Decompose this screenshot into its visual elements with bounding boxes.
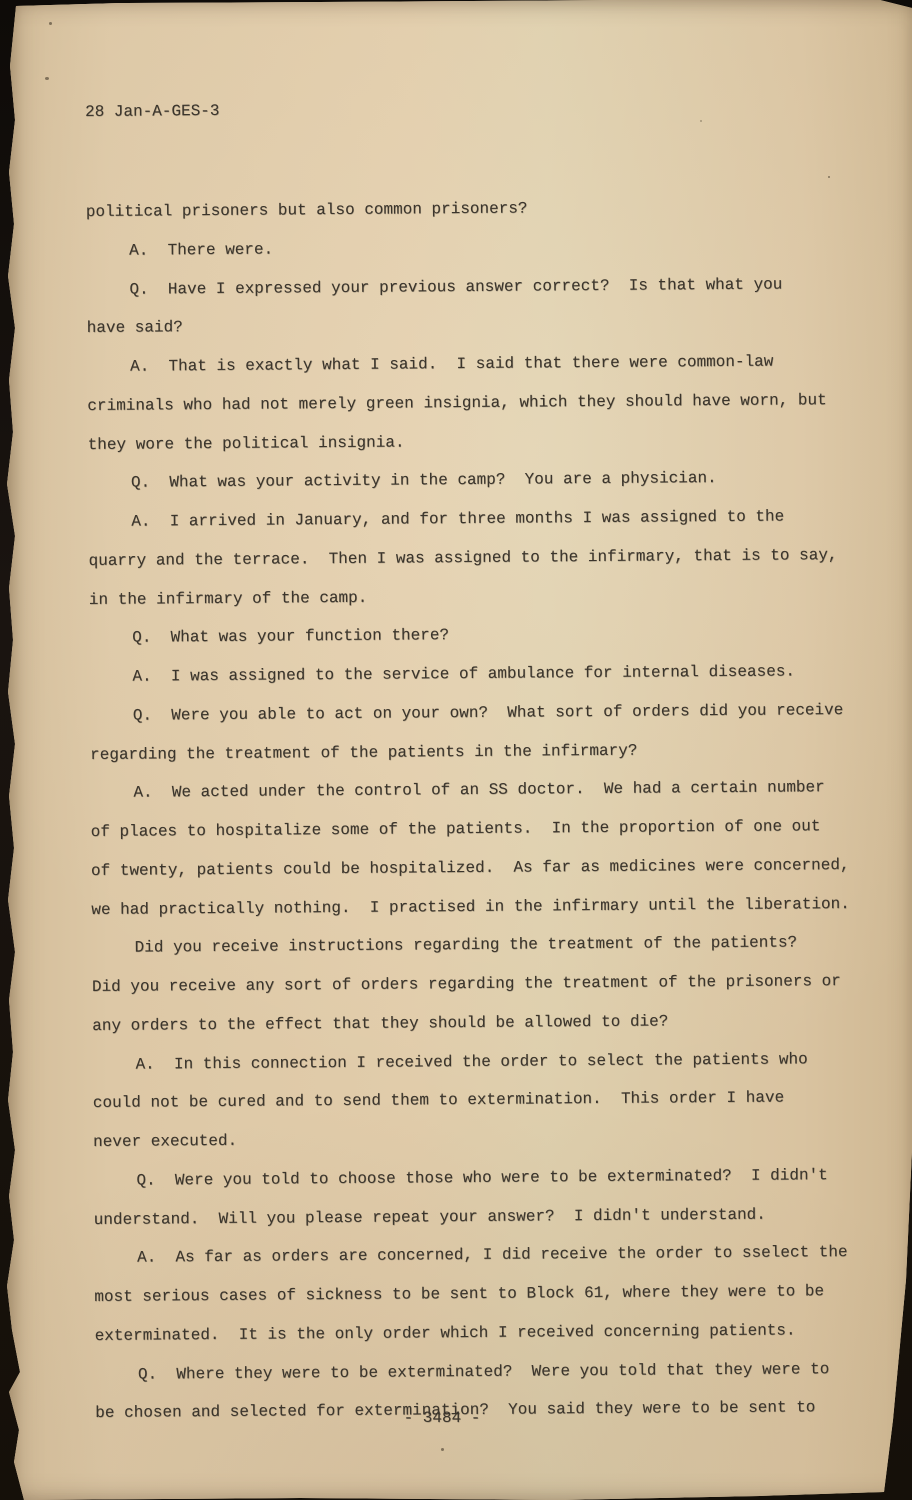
transcript-line: Q. Were you told to choose those who wer… xyxy=(93,1155,893,1200)
transcript-line: criminals who had not merely green insig… xyxy=(87,380,887,425)
transcript-line: Q. What was your activity in the camp? Y… xyxy=(88,458,888,503)
transcript-line: understand. Will you please repeat your … xyxy=(94,1194,894,1239)
transcript-lines: political prisoners but also common pris… xyxy=(86,187,896,1433)
page-header: 28 Jan-A-GES-3 xyxy=(85,98,885,120)
transcript-line: A. In this connection I received the ord… xyxy=(92,1039,892,1084)
transcript-line: in the infirmary of the camp. xyxy=(89,574,889,619)
transcript-line: exterminated. It is the only order which… xyxy=(95,1310,895,1355)
transcript-line: never executed. xyxy=(93,1117,893,1162)
transcript-line: most serious cases of sickness to be sen… xyxy=(94,1272,894,1317)
page-number: - 3484 - xyxy=(0,1404,884,1432)
transcript-line: of places to hospitalize some of the pat… xyxy=(91,807,891,852)
transcript-line: A. We acted under the control of an SS d… xyxy=(90,768,890,813)
document-page: 28 Jan-A-GES-3 political prisoners but a… xyxy=(0,0,912,1500)
transcript-line: A. That is exactly what I said. I said t… xyxy=(87,342,887,387)
transcript-line: regarding the treatment of the patients … xyxy=(90,729,890,774)
transcript-line: Q. What was your function there? xyxy=(89,613,889,658)
transcript-line: A. I was assigned to the service of ambu… xyxy=(89,652,889,697)
transcript-line: political prisoners but also common pris… xyxy=(86,187,886,232)
transcript-line: could not be cured and to send them to e… xyxy=(93,1078,893,1123)
transcript-line: Q. Were you able to act on your own? Wha… xyxy=(90,690,890,735)
paper-speck xyxy=(441,1448,444,1451)
transcript-line: Did you receive instructions regarding t… xyxy=(91,923,891,968)
transcript-line: A. I arrived in January, and for three m… xyxy=(88,497,888,542)
transcript-line: have said? xyxy=(87,303,887,348)
transcript-line: any orders to the effect that they shoul… xyxy=(92,1000,892,1045)
transcript-line: of twenty, patients could be hospitalize… xyxy=(91,845,891,890)
paper-speck xyxy=(49,22,52,25)
transcript-line: quarry and the terrace. Then I was assig… xyxy=(88,535,888,580)
transcript-line: they wore the political insignia. xyxy=(88,419,888,464)
paper-speck xyxy=(45,77,49,80)
typed-content: 28 Jan-A-GES-3 political prisoners but a… xyxy=(85,98,895,1433)
transcript-line: Q. Where they were to be exterminated? W… xyxy=(95,1349,895,1394)
scan-background: 28 Jan-A-GES-3 political prisoners but a… xyxy=(0,0,912,1500)
transcript-line: we had practically nothing. I practised … xyxy=(91,884,891,929)
transcript-line: A. There were. xyxy=(86,225,886,270)
transcript-line: A. As far as orders are concerned, I did… xyxy=(94,1233,894,1278)
transcript-line: Did you receive any sort of orders regar… xyxy=(92,962,892,1007)
transcript-line: Q. Have I expressed your previous answer… xyxy=(86,264,886,309)
